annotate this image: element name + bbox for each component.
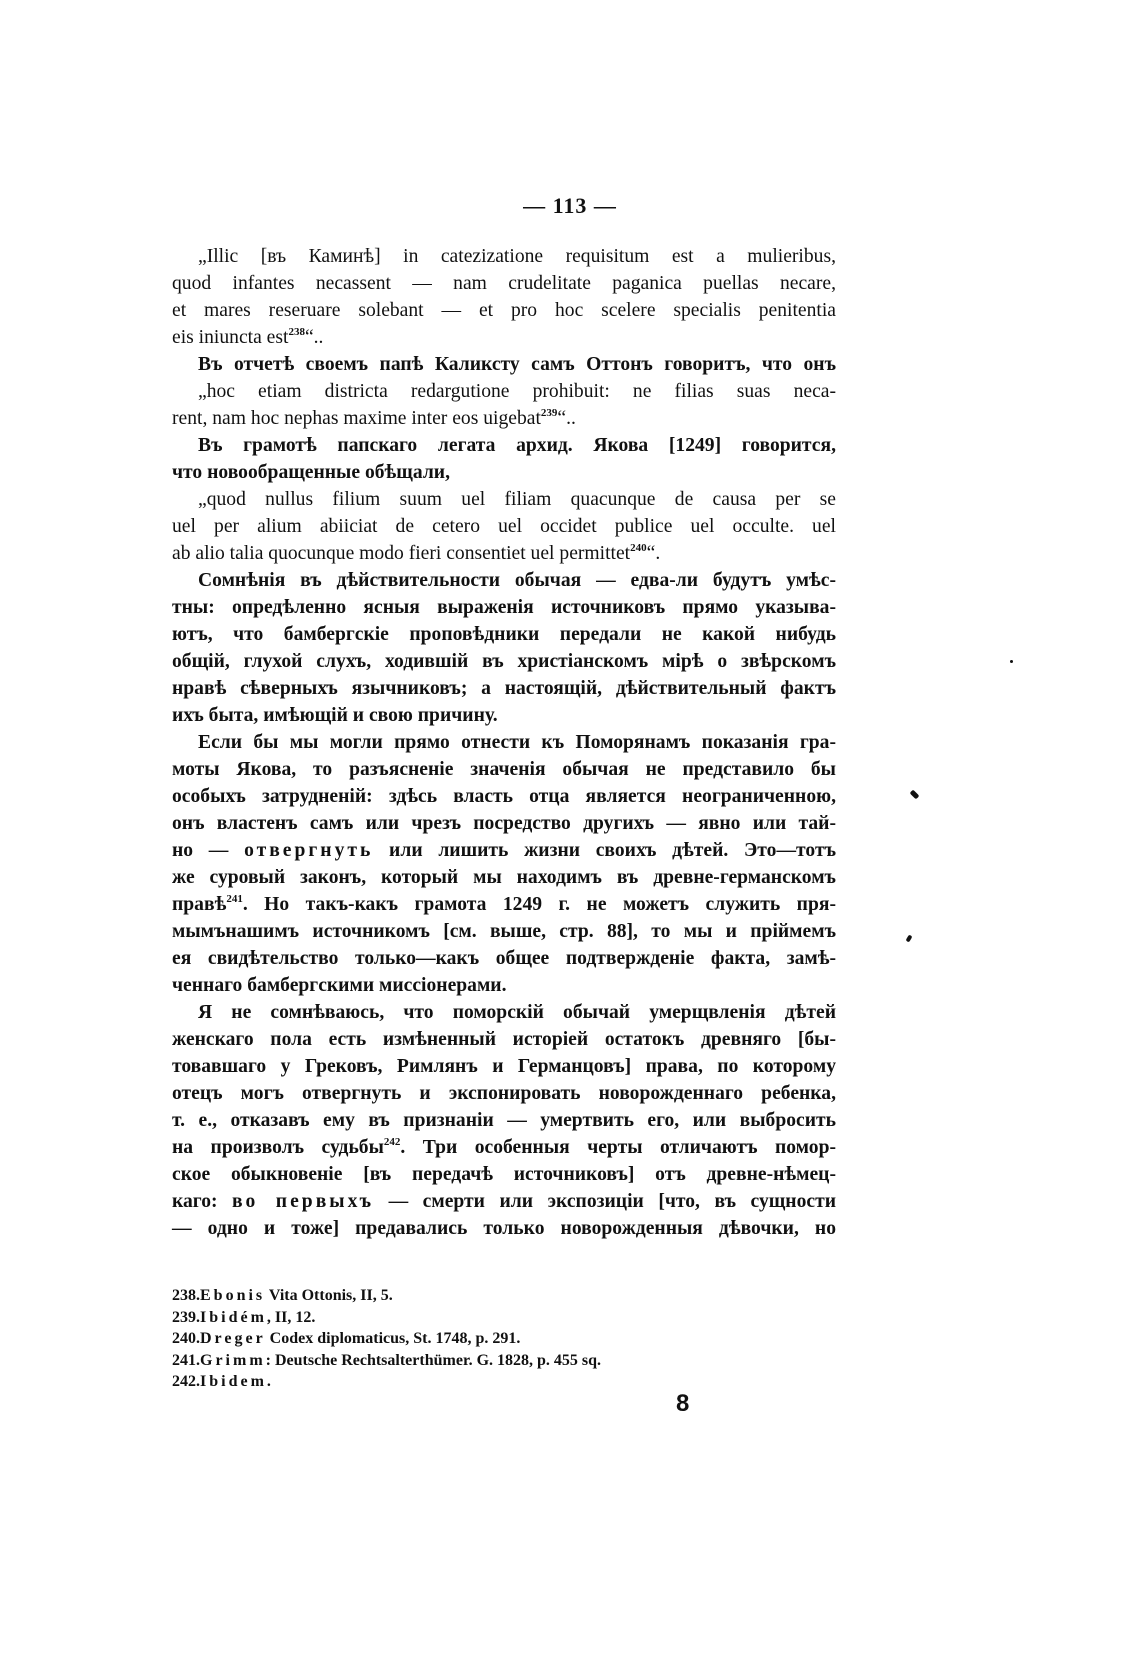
line-text: женскаго пола есть измѣненный исторіей о…: [172, 1029, 836, 1050]
line-text: „hoc etiam districta redargutione prohib…: [198, 381, 836, 402]
footnote-text: : Deutsche Rechtsalterthümer. G. 1828, p…: [266, 1352, 601, 1369]
text-line: общій, глухой слухъ, ходившій въ христіа…: [172, 648, 836, 675]
line-text-after: . Но такъ-какъ грамота 1249 г. не можетъ…: [243, 894, 836, 915]
line-text: „Illic [въ Каминѣ] in catezizatione requ…: [198, 246, 836, 267]
line-text-after: “..: [557, 408, 576, 429]
text-line: uel per alium abiiciat de cetero uel occ…: [172, 513, 836, 540]
line-text: т. е., отказавъ ему въ признаніи — умерт…: [172, 1110, 836, 1131]
text-line: eis iniuncta est238“..: [172, 324, 836, 351]
body-text: „Illic [въ Каминѣ] in catezizatione requ…: [172, 243, 836, 1242]
line-text: но —: [172, 840, 244, 861]
line-text: Я не сомнѣваюсь, что поморскій обычай ум…: [198, 1002, 836, 1023]
text-line: „Illic [въ Каминѣ] in catezizatione requ…: [172, 243, 836, 270]
footnote-author: Ibidém: [200, 1309, 267, 1326]
text-line: „hoc etiam districta redargutione prohib…: [172, 378, 836, 405]
line-text: ское обыкновеніе [въ передачѣ источников…: [172, 1164, 836, 1185]
footnote-author: Grimm: [200, 1352, 266, 1369]
text-line: ab alio talia quocunque modo fieri conse…: [172, 540, 836, 567]
scan-speck: [906, 934, 913, 942]
text-line: тны: опредѣленно ясныя выраженія источни…: [172, 594, 836, 621]
scan-speck: [910, 790, 920, 800]
text-line: особыхъ затрудненій: здѣсь власть отца я…: [172, 783, 836, 810]
footnote-number: 242.: [172, 1373, 200, 1390]
line-text: же суровый законъ, который мы находимъ в…: [172, 867, 836, 888]
text-line: же суровый законъ, который мы находимъ в…: [172, 864, 836, 891]
text-line: т. е., отказавъ ему въ признаніи — умерт…: [172, 1107, 836, 1134]
text-line: — одно и тоже] предавались только новоро…: [172, 1215, 836, 1242]
line-text: Если бы мы могли прямо отнести къ Поморя…: [198, 732, 836, 753]
spaced-emphasis: отвергнуть: [244, 840, 373, 861]
line-text: тны: опредѣленно ясныя выраженія источни…: [172, 597, 836, 618]
footnote-ref: 240: [630, 542, 647, 554]
footnote-number: 240.: [172, 1330, 200, 1347]
text-line: ихъ быта, имѣющій и свою причину.: [172, 702, 836, 729]
text-line: онъ властенъ самъ или чрезъ посредство д…: [172, 810, 836, 837]
page-number: — 113 —: [0, 193, 1140, 219]
footnotes: 238.Ebonis Vita Ottonis, II, 5.239.Ibidé…: [172, 1285, 792, 1393]
line-text-after: “..: [305, 327, 324, 348]
footnote-text: , II, 12.: [267, 1309, 315, 1326]
text-line: Въ грамотѣ папскаго легата архид. Якова …: [172, 432, 836, 459]
text-line: каго: во первыхъ — смерти или экспозиціи…: [172, 1188, 836, 1215]
line-text-after: “.: [647, 543, 661, 564]
line-text: „quod nullus filium suum uel filiam quac…: [198, 489, 836, 510]
footnote-number: 241.: [172, 1352, 200, 1369]
text-line: quod infantes necassent — nam crudelitat…: [172, 270, 836, 297]
line-text: — одно и тоже] предавались только новоро…: [172, 1218, 836, 1239]
text-line: ея свидѣтельство только—какъ общее подтв…: [172, 945, 836, 972]
text-line: ское обыкновеніе [въ передачѣ источников…: [172, 1161, 836, 1188]
line-text: правѣ: [172, 894, 226, 915]
line-text: нравѣ сѣверныхъ язычниковъ; а настоящій,…: [172, 678, 836, 699]
text-line: ютъ, что бамбергскіе проповѣдники переда…: [172, 621, 836, 648]
line-text: Сомнѣнія въ дѣйствительности обычая — ед…: [198, 570, 836, 591]
text-line: ченнаго бамбергскими миссіонерами.: [172, 972, 836, 999]
footnote-item: 242.Ibidem.: [172, 1371, 792, 1393]
text-line: Сомнѣнія въ дѣйствительности обычая — ед…: [172, 567, 836, 594]
footnote-author: Dreger: [200, 1330, 266, 1347]
scan-speck: [1010, 660, 1013, 663]
line-text: ея свидѣтельство только—какъ общее подтв…: [172, 948, 836, 969]
line-text: общій, глухой слухъ, ходившій въ христіа…: [172, 651, 836, 672]
line-text: et mares reseruare solebant — et pro hoc…: [172, 300, 836, 321]
spaced-emphasis: во первыхъ: [232, 1191, 374, 1212]
line-text: rent, nam hoc nephas maxime inter eos ui…: [172, 408, 541, 429]
text-line: Я не сомнѣваюсь, что поморскій обычай ум…: [172, 999, 836, 1026]
footnote-text: Vita Ottonis, II, 5.: [265, 1287, 393, 1304]
text-line: „quod nullus filium suum uel filiam quac…: [172, 486, 836, 513]
text-line: моты Якова, то разъясненіе значенія обыч…: [172, 756, 836, 783]
line-text: uel per alium abiiciat de cetero uel occ…: [172, 516, 836, 537]
text-line: Если бы мы могли прямо отнести къ Поморя…: [172, 729, 836, 756]
line-text: что новообращенные обѣщали,: [172, 462, 450, 483]
line-text: Въ грамотѣ папскаго легата архид. Якова …: [198, 435, 836, 456]
footnote-ref: 241: [226, 893, 243, 905]
footnote-author: Ebonis: [200, 1287, 265, 1304]
footnote-item: 239.Ibidém, II, 12.: [172, 1307, 792, 1329]
footnote-number: 239.: [172, 1309, 200, 1326]
footnote-number: 238.: [172, 1287, 200, 1304]
line-text: ченнаго бамбергскими миссіонерами.: [172, 975, 507, 996]
line-text: особыхъ затрудненій: здѣсь власть отца я…: [172, 786, 836, 807]
line-text: ab alio talia quocunque modo fieri conse…: [172, 543, 630, 564]
line-text: eis iniuncta est: [172, 327, 288, 348]
footnote-ref: 242: [384, 1136, 401, 1148]
text-line: rent, nam hoc nephas maxime inter eos ui…: [172, 405, 836, 432]
line-text: отецъ могъ отвергнуть и экспонировать но…: [172, 1083, 836, 1104]
text-line: отецъ могъ отвергнуть и экспонировать но…: [172, 1080, 836, 1107]
text-line: Въ отчетѣ своемъ папѣ Каликсту самъ Отто…: [172, 351, 836, 378]
footnote-item: 241.Grimm: Deutsche Rechtsalterthümer. G…: [172, 1350, 792, 1372]
footnote-item: 238.Ebonis Vita Ottonis, II, 5.: [172, 1285, 792, 1307]
text-line: мымънашимъ источникомъ [см. выше, стр. 8…: [172, 918, 836, 945]
document-page: — 113 — „Illic [въ Каминѣ] in catezizati…: [0, 0, 1140, 1668]
line-text: каго:: [172, 1191, 232, 1212]
line-text: онъ властенъ самъ или чрезъ посредство д…: [172, 813, 836, 834]
line-text: на произволъ судьбы: [172, 1137, 384, 1158]
line-text: ихъ быта, имѣющій и свою причину.: [172, 705, 498, 726]
text-line: но — отвергнуть или лишить жизни своихъ …: [172, 837, 836, 864]
line-text: моты Якова, то разъясненіе значенія обыч…: [172, 759, 836, 780]
text-line: правѣ241. Но такъ-какъ грамота 1249 г. н…: [172, 891, 836, 918]
footnote-text: .: [267, 1373, 271, 1390]
footnote-text: Codex diplomaticus, St. 1748, p. 291.: [266, 1330, 521, 1347]
line-text-after: или лишить жизни своихъ дѣтей. Это—тотъ: [373, 840, 836, 861]
text-line: на произволъ судьбы242. Три особенныя че…: [172, 1134, 836, 1161]
line-text: мымънашимъ источникомъ [см. выше, стр. 8…: [172, 921, 836, 942]
text-line: что новообращенные обѣщали,: [172, 459, 836, 486]
footnote-ref: 238: [288, 326, 305, 338]
footnote-item: 240.Dreger Codex diplomaticus, St. 1748,…: [172, 1328, 792, 1350]
footnote-ref: 239: [541, 407, 558, 419]
text-line: нравѣ сѣверныхъ язычниковъ; а настоящій,…: [172, 675, 836, 702]
text-line: et mares reseruare solebant — et pro hoc…: [172, 297, 836, 324]
line-text-after: . Три особенныя черты отличаютъ помор-: [400, 1137, 836, 1158]
line-text-after: — смерти или экспозиціи [что, въ сущност…: [374, 1191, 836, 1212]
line-text: ютъ, что бамбергскіе проповѣдники переда…: [172, 624, 836, 645]
footnote-author: Ibidem: [200, 1373, 267, 1390]
text-line: товавшаго у Грековъ, Римлянъ и Германцов…: [172, 1053, 836, 1080]
signature-mark: 8: [676, 1390, 689, 1418]
line-text: товавшаго у Грековъ, Римлянъ и Германцов…: [172, 1056, 836, 1077]
text-line: женскаго пола есть измѣненный исторіей о…: [172, 1026, 836, 1053]
line-text: Въ отчетѣ своемъ папѣ Каликсту самъ Отто…: [198, 354, 836, 375]
line-text: quod infantes necassent — nam crudelitat…: [172, 273, 836, 294]
